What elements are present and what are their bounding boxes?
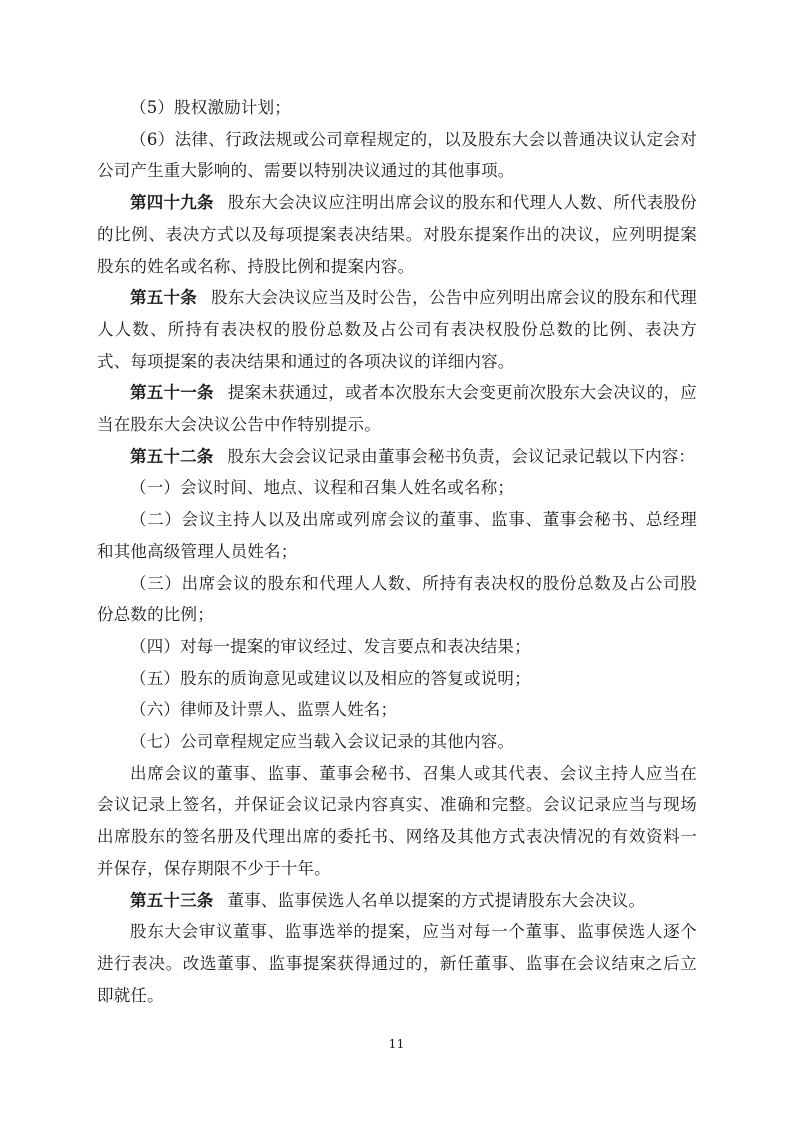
paragraph-text: （四）对每一提案的审议经过、发言要点和表决结果； bbox=[130, 637, 531, 656]
paragraph-article-50: 第五十条股东大会决议应当及时公告，公告中应列明出席会议的股东和代理人人数、所持有… bbox=[97, 282, 697, 377]
paragraph-text: （6）法律、行政法规或公司章程规定的，以及股东大会以普通决议认定会对公司产生重大… bbox=[97, 130, 697, 181]
page-number: 11 bbox=[0, 1036, 793, 1052]
document-body: （5）股权激励计划； （6）法律、行政法规或公司章程规定的，以及股东大会以普通决… bbox=[97, 92, 697, 1011]
paragraph-list-item-3: （三）出席会议的股东和代理人人数、所持有表决权的股份总数及占公司股份总数的比例； bbox=[97, 568, 697, 631]
paragraph-text: （一）会议时间、地点、议程和召集人姓名或名称； bbox=[130, 478, 514, 497]
paragraph-text: 董事、监事侯选人名单以提案的方式提请股东大会决议。 bbox=[228, 891, 646, 910]
paragraph-list-item-1: （一）会议时间、地点、议程和召集人姓名或名称； bbox=[97, 472, 697, 504]
paragraph-list-item-6: （六）律师及计票人、监票人姓名； bbox=[97, 694, 697, 726]
article-term: 第四十九条 bbox=[130, 193, 214, 212]
paragraph-article-52: 第五十二条股东大会会议记录由董事会秘书负责，会议记录记载以下内容： bbox=[97, 441, 697, 473]
paragraph-article-53: 第五十三条董事、监事侯选人名单以提案的方式提请股东大会决议。 bbox=[97, 885, 697, 917]
document-page: （5）股权激励计划； （6）法律、行政法规或公司章程规定的，以及股东大会以普通决… bbox=[0, 0, 793, 1122]
paragraph-article-51: 第五十一条提案未获通过，或者本次股东大会变更前次股东大会决议的，应当在股东大会决… bbox=[97, 377, 697, 440]
paragraph-list-item-7: （七）公司章程规定应当载入会议记录的其他内容。 bbox=[97, 726, 697, 758]
paragraph-text: （六）律师及计票人、监票人姓名； bbox=[130, 700, 397, 719]
paragraph-text: 股东大会会议记录由董事会秘书负责，会议记录记载以下内容： bbox=[228, 447, 696, 466]
article-term: 第五十三条 bbox=[130, 891, 214, 910]
article-term: 第五十二条 bbox=[130, 447, 214, 466]
paragraph-item-5: （5）股权激励计划； bbox=[97, 92, 697, 124]
paragraph-list-item-4: （四）对每一提案的审议经过、发言要点和表决结果； bbox=[97, 631, 697, 663]
paragraph-text: （二）会议主持人以及出席或列席会议的董事、监事、董事会秘书、总经理和其他高级管理… bbox=[97, 510, 697, 561]
paragraph-text: （五）股东的质询意见或建议以及相应的答复或说明； bbox=[130, 669, 531, 688]
article-term: 第五十一条 bbox=[130, 383, 214, 402]
paragraph-article-49: 第四十九条股东大会决议应注明出席会议的股东和代理人人数、所代表股份的比例、表决方… bbox=[97, 187, 697, 282]
paragraph-item-6: （6）法律、行政法规或公司章程规定的，以及股东大会以普通决议认定会对公司产生重大… bbox=[97, 124, 697, 187]
paragraph-text: （七）公司章程规定应当载入会议记录的其他内容。 bbox=[130, 732, 514, 751]
paragraph-text: （5）股权激励计划； bbox=[130, 98, 291, 117]
article-term: 第五十条 bbox=[130, 288, 197, 307]
paragraph-election-voting: 股东大会审议董事、监事选举的提案，应当对每一个董事、监事侯选人逐个进行表决。改选… bbox=[97, 916, 697, 1011]
paragraph-list-item-2: （二）会议主持人以及出席或列席会议的董事、监事、董事会秘书、总经理和其他高级管理… bbox=[97, 504, 697, 567]
paragraph-text: 出席会议的董事、监事、董事会秘书、召集人或其代表、会议主持人应当在会议记录上签名… bbox=[97, 764, 697, 878]
paragraph-text: 股东大会审议董事、监事选举的提案，应当对每一个董事、监事侯选人逐个进行表决。改选… bbox=[97, 922, 697, 1004]
paragraph-list-item-5: （五）股东的质询意见或建议以及相应的答复或说明； bbox=[97, 663, 697, 695]
paragraph-signing-retention: 出席会议的董事、监事、董事会秘书、召集人或其代表、会议主持人应当在会议记录上签名… bbox=[97, 758, 697, 885]
paragraph-text: （三）出席会议的股东和代理人人数、所持有表决权的股份总数及占公司股份总数的比例； bbox=[97, 574, 697, 625]
